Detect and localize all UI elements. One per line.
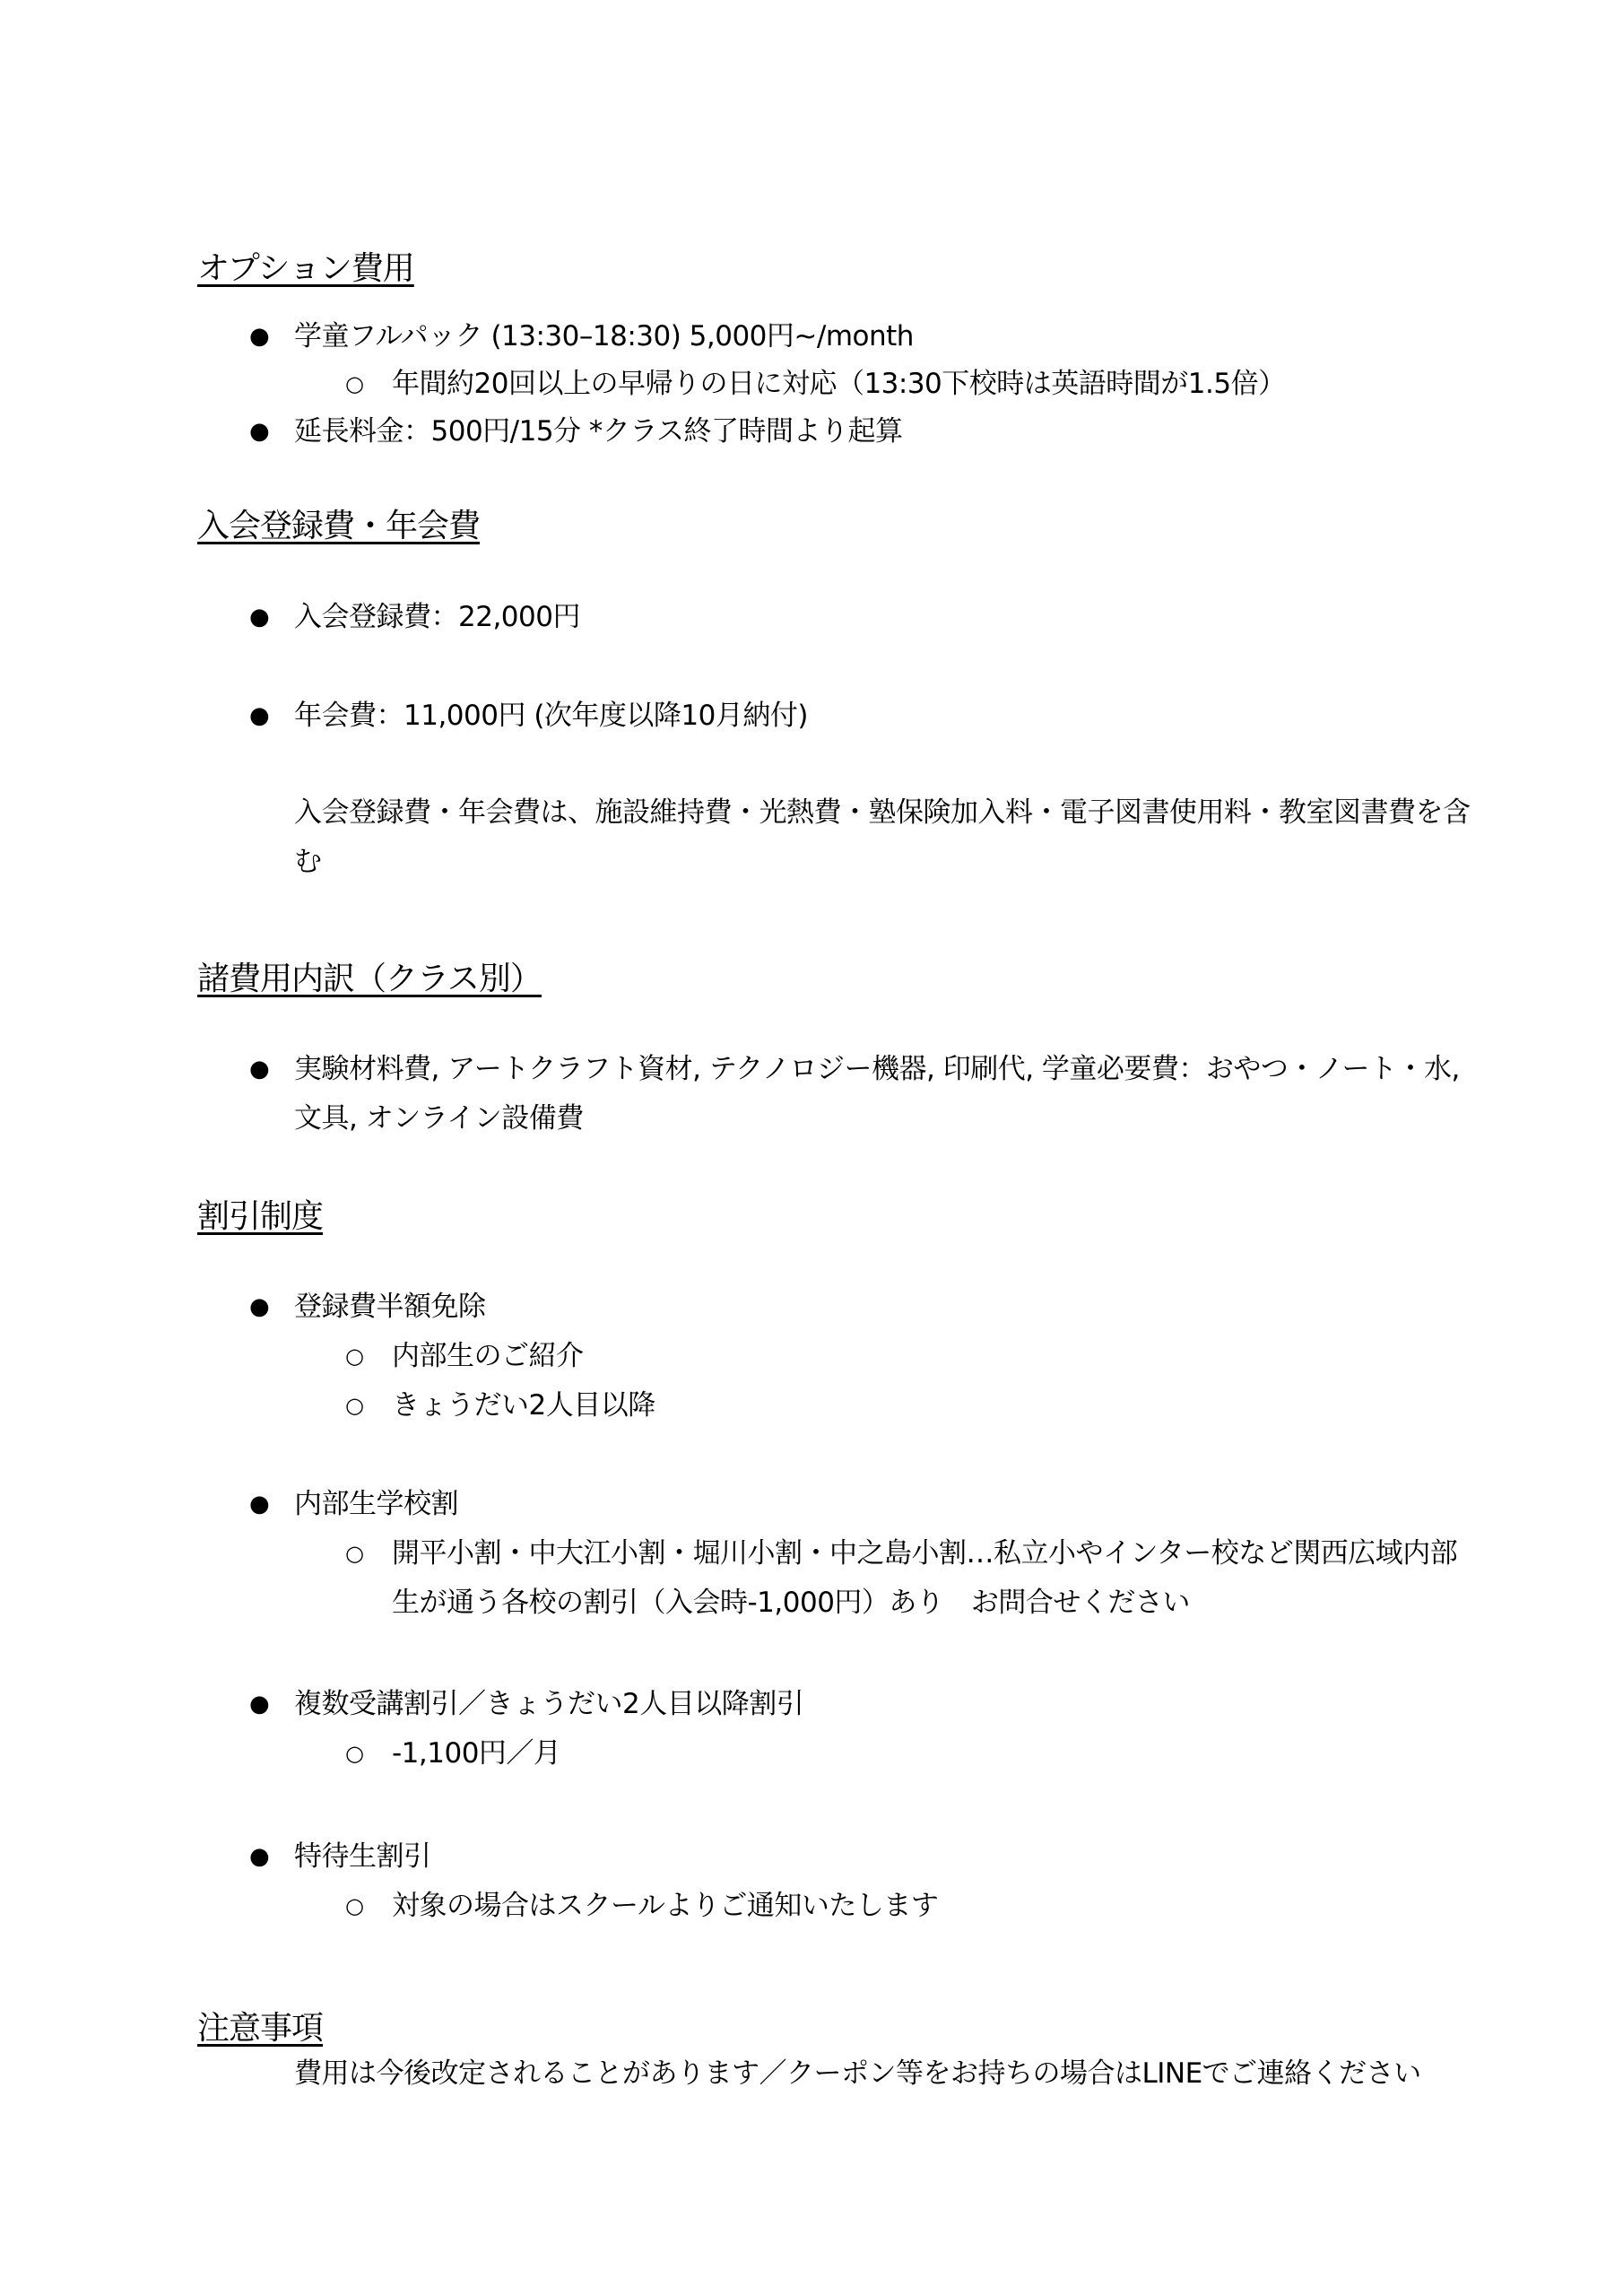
bullet-icon: ● [249, 413, 270, 449]
sub-bullet-icon: ○ [345, 1535, 364, 1571]
section-heading-notes: 注意事項 [197, 2009, 323, 2048]
section-heading-enrollment-fees: 入会登録費・年会費 [197, 507, 480, 546]
bullet-icon: ● [249, 1486, 270, 1522]
list-subitem: きょうだい2人目以降 [392, 1387, 655, 1423]
bullet-icon: ● [249, 1289, 270, 1325]
list-item: 学童フルパック (13:30–18:30) 5,000円~/month [294, 318, 914, 354]
list-item: 登録費半額免除 [294, 1289, 486, 1325]
list-subitem-continuation: 生が通う各校の割引（入会時-1,000円）あり お問合せください [392, 1585, 1190, 1621]
list-item: 入会登録費：22,000円 [294, 599, 580, 635]
bullet-icon: ● [249, 1839, 270, 1874]
bullet-icon: ● [249, 1051, 270, 1087]
list-subitem: -1,100円／月 [392, 1735, 560, 1771]
section-heading-option-fees: オプション費用 [197, 249, 414, 289]
list-subitem: 内部生のご紹介 [392, 1338, 584, 1374]
bullet-icon: ● [249, 318, 270, 354]
paragraph-line: む [294, 844, 322, 880]
notes-paragraph: 費用は今後改定されることがあります／クーポン等をお持ちの場合はLINEでご連絡く… [294, 2056, 1421, 2092]
section-heading-cost-breakdown: 諸費用内訳（クラス別） [197, 960, 542, 999]
list-item: 延長料金：500円/15分 *クラス終了時間より起算 [294, 413, 902, 449]
list-subitem: 開平小割・中大江小割・堀川小割・中之島小割…私立小やインター校など関西広域内部 [392, 1535, 1457, 1571]
list-item: 複数受講割引／きょうだい2人目以降割引 [294, 1686, 803, 1722]
list-item: 実験材料費, アートクラフト資材, テクノロジー機器, 印刷代, 学童必要費：お… [294, 1051, 1460, 1087]
sub-bullet-icon: ○ [345, 366, 364, 402]
sub-bullet-icon: ○ [345, 1735, 364, 1771]
list-item-continuation: 文具, オンライン設備費 [294, 1100, 584, 1136]
bullet-icon: ● [249, 599, 270, 635]
sub-bullet-icon: ○ [345, 1338, 364, 1374]
sub-bullet-icon: ○ [345, 1387, 364, 1423]
list-item: 内部生学校割 [294, 1486, 458, 1522]
list-subitem: 年間約20回以上の早帰りの日に対応（13:30下校時は英語時間が1.5倍） [392, 366, 1286, 402]
bullet-icon: ● [249, 698, 270, 734]
list-item: 特待生割引 [294, 1839, 431, 1874]
sub-bullet-icon: ○ [345, 1888, 364, 1924]
paragraph-line: 入会登録費・年会費は、施設維持費・光熱費・塾保険加入料・電子図書使用料・教室図書… [294, 795, 1471, 831]
list-subitem: 対象の場合はスクールよりご通知いたします [392, 1888, 938, 1924]
list-item: 年会費：11,000円 (次年度以降10月納付) [294, 698, 808, 734]
section-heading-discounts: 割引制度 [197, 1197, 323, 1237]
bullet-icon: ● [249, 1686, 270, 1722]
